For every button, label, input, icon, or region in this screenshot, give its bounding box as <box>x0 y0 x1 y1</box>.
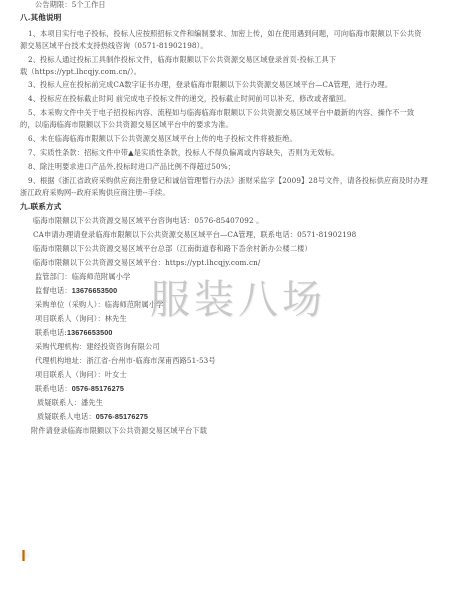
consult-phone-line: 临海市限额以下公共资源交易区域平台咨询电话：0576-85407092 。 <box>33 216 263 226</box>
contact-label: 联系电话： <box>35 384 72 393</box>
contact-label: 采购代理机构： <box>35 342 86 351</box>
contact-label: 采购单位（采购人）： <box>35 300 105 309</box>
item-9-line-2: 浙江政府采购网--政府采购供应商注册--手续。 <box>20 188 170 198</box>
platform-hq-line: 临海市限额以下公共资源交易区域平台总部（江南街道春和路下岙余村新办公楼二楼） <box>33 244 312 254</box>
contact-phone-2: 联系电话：0576-85176275 <box>35 384 124 394</box>
contact-value: 浙江省-台州市-临海市深甫西路51-53号 <box>86 356 215 365</box>
item-4: 4、投标应在投标截止时间 前完成电子投标文件的递交，投标截止时间前可以补充、修改… <box>28 94 351 104</box>
contact-label: 代理机构地址： <box>35 356 86 365</box>
item-1-line-1: 1、本项目实行电子投标，投标人应按照招标文件和编制要求、加密上传，如在使用遇到问… <box>28 29 422 39</box>
contact-label: 项目联系人（询问）： <box>35 314 105 323</box>
contact-label: 项目联系人（询问）： <box>35 370 105 379</box>
contact-value: 临海师范附属小学 <box>72 272 131 281</box>
contact-value: 0576-85176275 <box>72 384 124 393</box>
contact-label: 监管部门： <box>35 272 72 281</box>
item-9-line-1: 9、根据《浙江省政府采购供应商注册登记和诚信管理暂行办法》浙财采监字【2009】… <box>28 176 428 186</box>
contact-supervision-phone: 监督电话：13676653500 <box>35 286 117 296</box>
section-8-title: 八.其他说明 <box>20 13 62 23</box>
document-page: 公告期限：5个工作日 八.其他说明 1、本项目实行电子投标，投标人应按照招标文件… <box>0 0 450 600</box>
contact-project-person-2: 项目联系人（询问）：叶女士 <box>35 370 127 380</box>
contact-value: 13676653500 <box>67 328 113 337</box>
notice-period: 公告期限：5个工作日 <box>35 0 106 10</box>
watermark: 服装八场 <box>150 276 326 324</box>
contact-value: 0576-85176275 <box>96 412 148 421</box>
item-2-line-1: 2、投标人通过投标工具制作投标文件，临海市限额以下公共资源交易区域登录首页-投标… <box>28 55 336 65</box>
item-2-line-2[interactable]: 载（https://ypt.lhcqjy.com.cn/）。 <box>20 67 141 77</box>
item-5-line-2: 的，以临海临海市限额以下公共资源交易区域平台中的要求为准。 <box>20 120 233 130</box>
contact-value: 潘先生 <box>81 398 103 407</box>
contact-project-person-1: 项目联系人（询问）：林先生 <box>35 314 127 324</box>
contact-agency-address: 代理机构地址：浙江省-台州市-临海市深甫西路51-53号 <box>35 356 216 366</box>
ca-apply-line: CA申请办理请登录临海市限额以下公共资源交易区域平台—CA管理，联系电话：057… <box>33 230 356 240</box>
contact-label: 监督电话： <box>35 286 72 295</box>
contact-label: 质疑联系人电话： <box>37 412 96 421</box>
item-6: 6、未在临海临海市限额以下公共资源交易区域平台上传的电子投标文件将被拒绝。 <box>28 134 297 144</box>
contact-query-phone: 质疑联系人电话：0576-85176275 <box>37 412 148 422</box>
contact-value: 林先生 <box>105 314 127 323</box>
contact-label: 联系电话: <box>35 328 67 337</box>
item-7: 7、实质性条款：招标文件中带▲是实质性条款，投标人不得负偏离或内容缺失，否则为无… <box>28 148 339 158</box>
item-8: 8、除注明要求进口产品外,投标时进口产品比例不得超过50%； <box>28 162 235 172</box>
contact-value: 叶女士 <box>105 370 127 379</box>
contact-purchaser: 采购单位（采购人）：临海师范附属小学 <box>35 300 163 310</box>
contact-value: 13676653500 <box>72 286 118 295</box>
platform-url-line[interactable]: 临海市限额以下公共资源交易区域平台：https://ypt.lhcqjy.com… <box>33 258 260 268</box>
text-cursor-icon <box>22 550 25 561</box>
section-9-title: 九.联系方式 <box>20 202 62 212</box>
attachment-note: 附件请登录临海市限额以下公共资源交易区域平台下载 <box>31 426 207 436</box>
item-1-line-2: 源交易区域平台技术支持热线咨询（0571-81902198）。 <box>20 41 208 51</box>
contact-label: 质疑联系人： <box>37 398 81 407</box>
item-3: 3、投标人应在投标前完成CA数字证书办理，登录临海市限额以下公共资源交易区域平台… <box>28 80 392 90</box>
contact-agency: 采购代理机构：建经投资咨询有限公司 <box>35 342 160 352</box>
contact-query-person: 质疑联系人：潘先生 <box>37 398 103 408</box>
contact-phone-1: 联系电话:13676653500 <box>35 328 113 338</box>
contact-supervisor: 监管部门：临海师范附属小学 <box>35 272 130 282</box>
contact-value: 建经投资咨询有限公司 <box>86 342 159 351</box>
item-5-line-1: 5、本采购文件中关于电子招投标内容、流程如与临海临海市限额以下公共资源交易区域平… <box>28 108 414 118</box>
